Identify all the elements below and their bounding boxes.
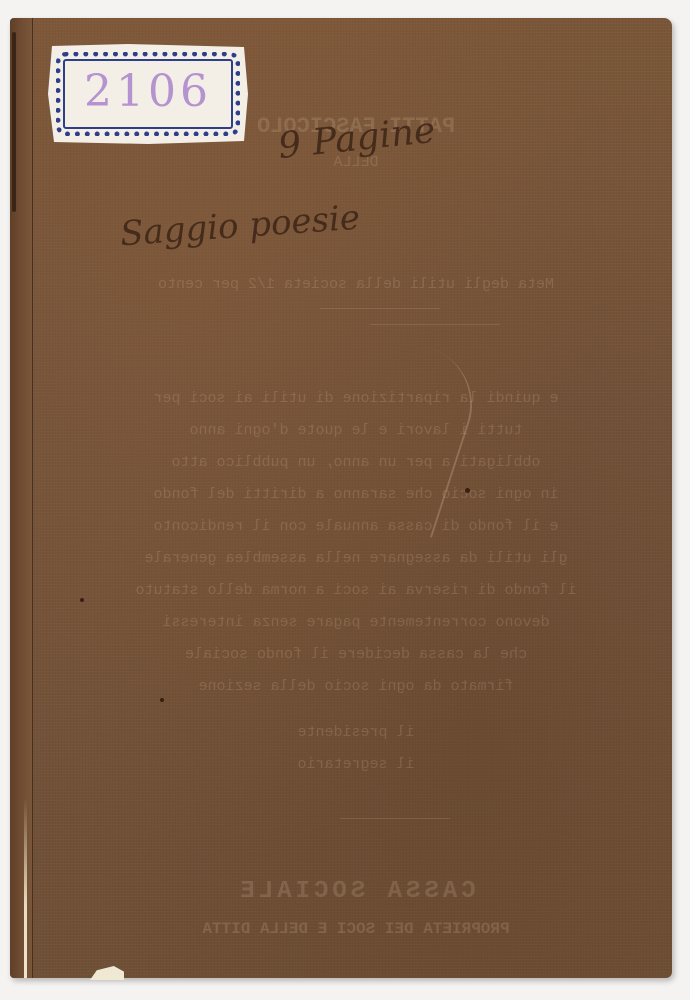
bleed-through-footer: CASSA SOCIALE — [70, 878, 642, 905]
bleed-through-line: gli utili da assegnare nella assemblea g… — [70, 550, 642, 567]
bleed-through-line: il fondo di riserva ai soci a norma dell… — [70, 582, 642, 599]
bleed-through-line: Meta degli utili della societa 1/2 per c… — [70, 276, 642, 293]
bleed-through-line: tutti i lavori e le quote d'ogni anno — [70, 422, 642, 439]
bleed-through-rule — [320, 308, 440, 309]
stain-spot — [160, 698, 164, 702]
bleed-through-rule — [340, 818, 450, 819]
spine-wear — [12, 32, 16, 212]
catalog-label: 2106 — [48, 44, 248, 144]
bleed-through-footer-sub: PROPRIETA DEI SOCI E DELLA DITTA — [70, 920, 642, 938]
bleed-through-line: il segretario — [70, 756, 642, 773]
bleed-through-line: firmato da ogni socio della sezione — [70, 678, 642, 695]
bleed-through-line: devono correntemente pagare senza intere… — [70, 614, 642, 631]
handwritten-note: Saggio poesie — [119, 198, 361, 255]
corner-tear — [90, 966, 124, 980]
bleed-through-line: obbligati a per un anno, un pubblico att… — [70, 454, 642, 471]
catalog-number: 2106 — [48, 66, 248, 117]
book-spine — [10, 18, 33, 978]
bleed-through-line: e il fondo di cassa annuale con il rendi… — [70, 518, 642, 535]
bleed-through-line: che la cassa decidere il fondo sociale — [70, 646, 642, 663]
bleed-through-line: il presidente — [70, 724, 642, 741]
bleed-through-rule — [370, 324, 500, 325]
book-cover: PATTI FASCICOLO DELLA Meta degli utili d… — [10, 18, 672, 978]
stain-spot — [80, 598, 84, 602]
page-edge — [24, 798, 27, 978]
stain-spot — [465, 488, 470, 493]
bleed-through-line: e quindi la ripartizione di utili ai soc… — [70, 390, 642, 407]
